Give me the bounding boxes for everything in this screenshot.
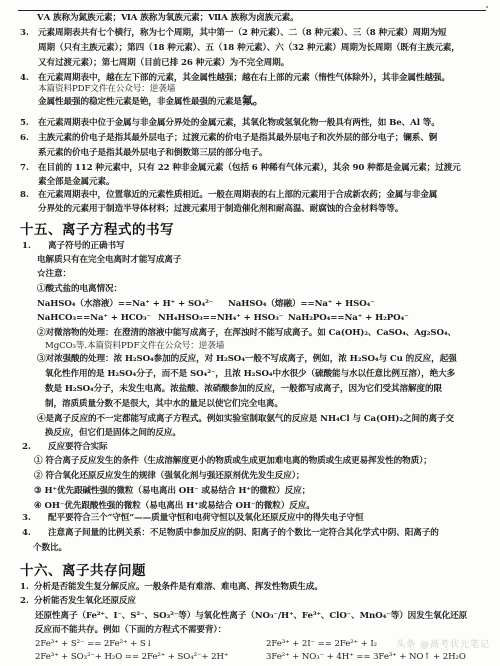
note-3: ③对浓强酸的处理：浓 H₂SO₄参加的反应，对 H₂SO₄一般不写成离子，例如，… (37, 353, 457, 365)
equation: NaH₂PO₄==Na⁺ + H₂PO₄⁻ (288, 312, 409, 324)
header-rule (18, 10, 486, 11)
list-item-5: 5.在元素周期表中位于金属与非金属分界处的金属元素，其氧化物或氢氧化物一般具有两… (20, 117, 440, 129)
paragraph: 电解质只有在完全电离时才能写成离子 (37, 254, 181, 266)
equation: 2Fe³⁺ + S²⁻ == 2Fe²⁺ + S↓ (35, 638, 153, 650)
equation: NaHSO₄（水溶液）==Na⁺ + H⁺ + SO₄²⁻ (37, 298, 213, 310)
list-item-6: 6.主族元素的价电子是指其最外层电子；过渡元素的价电子是指其最外层电子和次外层的… (20, 132, 437, 144)
subheading-text: 离子符号的正确书写 (48, 241, 124, 251)
item-number: 1. (20, 581, 34, 593)
item-number: 5. (20, 117, 38, 129)
note-4-cont: 换反应，但它们是固体之间的反应。 (45, 427, 181, 439)
item-text-cont: 周期（只有主族元素）；第四（18 种元素）、五（18 种元素）、六（32 种元素… (38, 42, 460, 54)
promo-text: 本篇资料PDF文件在公众号：逆袭墙 (38, 83, 175, 95)
note-3-cont: 氧化性作用的是 H₂SO₄分子，而不是 SO₄²⁻，且浓 H₂SO₄中水很少（硫… (45, 368, 455, 380)
section-heading-16: 十六、离子共存问题 (20, 559, 146, 579)
item-text-cont: 素全部是金属元素。 (38, 176, 114, 188)
paragraph: 反应而不能共存。例如（下面的方程式不需要背）： (35, 624, 226, 636)
note-1: ①酸式盐的电离情况： (37, 283, 122, 295)
equation: NH₄HSO₃==NH₄⁺ + HSO₃⁻ (158, 312, 283, 324)
emphasis-fluorine: 氟。 (242, 94, 264, 107)
note-3-cont: 制，溶质质量分数不是很大，其中水的量足以使它们完全电离。 (45, 398, 283, 410)
item-text: 主族元素的价电子是指其最外层电子；过渡元素的价电子是指其最外层电子和次外层的部分… (38, 133, 437, 143)
note-4: ④是离子反应的不一定都能写成离子方程式。例如实验室制取氨气的反应是 NH₄Cl … (37, 413, 454, 425)
subheading-3: 3.配平要符合三个“守恒”——质量守恒和电荷守恒以及氧化还原反应中的得失电子守恒 (22, 512, 363, 524)
equation: 2Fe³⁺ + 2I⁻ == 2Fe²⁺ + I₂ (266, 638, 377, 650)
item-number: 3. (20, 27, 38, 39)
equation: 2Fe³⁺ + SO₃²⁻+ H₂O == 2Fe²⁺ + SO₄²⁻+ 2H⁺ (35, 651, 228, 663)
item-number: 8. (20, 189, 38, 201)
subheading-1: 1.离子符号的正确书写 (22, 240, 124, 252)
item-number: 2. (22, 441, 48, 453)
equation: 3Fe²⁺ + NO₃⁻ + 4H⁺ == 3Fe³⁺ + NO↑ + 2H₂O (266, 651, 466, 663)
item-text-cont: 又有过渡元素）；第七周期（目前已排 26 种元素）为不完全周期。 (38, 57, 289, 69)
note-2: ②对微溶物的处理：在澄清的溶液中能写成离子，在浑浊时不能写成离子。如 Ca(OH… (37, 327, 456, 339)
item-text: 在元素周期表中，越在左下部的元素，其金属性越强；越在右上部的元素（惰性气体除外）… (38, 73, 450, 83)
item-text-cont: 分界处的元素用于制造半导体材料；过渡元素用于制造催化剂和耐高温、耐腐蚀的合金材料… (38, 203, 403, 215)
item-text: 元素周期表共有七个横行，称为七个周期，其中第一（2 种元素）、二（8 种元素）、… (38, 28, 446, 38)
subheading-4-cont: 个数比。 (33, 542, 67, 554)
list-item-8: 8.在元素周期表中，位置靠近的元素性质相近。一般在周期表的右上部的元素用于合成新… (20, 189, 437, 201)
item-text-cont: 系元素的价电子是指其最外层电子和倒数第三层的部分电子。 (38, 147, 267, 159)
item-number: 2. (20, 595, 34, 607)
paragraph: 还原性离子（Fe²⁺、I⁻、S²⁻、SO₃²⁻等）与氧化性离子（NO₃⁻/H⁺、… (35, 610, 467, 622)
rule-item-4: ④ OH⁻优先跟酸性强的微粒（易电离出 H⁺或易结合 OH⁻的微粒）反应。 (34, 500, 315, 512)
watermark: 头条 @高考状元笔记 (396, 637, 490, 650)
item-text: 在目前的 112 种元素中，只有 22 种非金属元素（包括 6 种稀有气体元素）… (38, 163, 461, 173)
note-2-cont: MgCO₃等.本篇资料PDF文件在公众号：逆袭墙 (45, 340, 224, 352)
item-number: 1. (22, 240, 48, 252)
equation: NaHSO₄（熔融）==Na⁺ + HSO₄⁻ (228, 298, 375, 310)
coexist-item-1: 1.分析是否能发生复分解反应。一般条件是有难溶、难电离、挥发性物质生成。 (20, 581, 323, 593)
item-text: 分析是否能发生复分解反应。一般条件是有难溶、难电离、挥发性物质生成。 (34, 582, 323, 592)
item-number: 3. (22, 512, 48, 524)
item-number: 4. (22, 527, 48, 539)
rule-item-3: ③ H⁺优先跟碱性强的微粒（易电离出 OH⁻ 或易结合 H⁺的微粒）反应； (34, 485, 310, 497)
scan-speck (486, 6, 488, 8)
item-text-cont: 金属性最强的稳定性元素是铯，非金属性最强的元素是氟。 (38, 95, 264, 108)
section-heading-15: 十五、离子方程式的书写 (20, 218, 174, 238)
list-item-3: 3.元素周期表共有七个横行，称为七个周期，其中第一（2 种元素）、二（8 种元素… (20, 27, 446, 39)
rule-item-1: ① 符合离子反应发生的条件（生成溶解度更小的物质或生成更加难电离的物质或生成更易… (34, 455, 432, 467)
list-item-7: 7.在目前的 112 种元素中，只有 22 种非金属元素（包括 6 种稀有气体元… (20, 162, 461, 174)
rule-item-2: ② 符合氧化还原反应发生的规律（强氧化剂与强还原剂优先发生反应）； (34, 470, 304, 482)
coexist-item-2: 2.分析能否发生氧化还原反应 (20, 595, 136, 607)
subheading-text: 反应要符合实际 (48, 442, 107, 452)
subheading-text: 配平要符合三个“守恒”——质量守恒和电荷守恒以及氧化还原反应中的得失电子守恒 (48, 513, 363, 523)
equation: NaHCO₃==Na⁺ + HCO₃⁻ (37, 312, 151, 324)
subheading-4: 4.注意离子间量的比例关系：不足物质中参加反应的阴、阳离子的个数比一定符合其化学… (22, 527, 439, 539)
item-number: 4. (20, 72, 38, 84)
subheading-2: 2.反应要符合实际 (22, 441, 107, 453)
note-label: ☆注意： (37, 268, 71, 280)
item-text: 在元素周期表中，位置靠近的元素性质相近。一般在周期表的右上部的元素用于合成新农药… (38, 190, 437, 200)
item-text: 分析能否发生氧化还原反应 (34, 596, 136, 606)
subheading-text: 注意离子间量的比例关系：不足物质中参加反应的阴、阳离子的个数比一定符合其化学式中… (48, 528, 439, 538)
item-number: 7. (20, 162, 38, 174)
item-number: 6. (20, 132, 38, 144)
item-text: 金属性最强的稳定性元素是铯，非金属性最强的元素是 (38, 97, 242, 107)
intro-line: ⅤA 族称为氮族元素；ⅥA 族称为氧族元素；ⅦA 族称为卤族元素。 (37, 12, 299, 24)
note-3-cont: 数是 H₂SO₄分子，未发生电离。浓盐酸、浓硝酸参加的反应，一般都写成离子，因为… (45, 383, 442, 395)
item-text: 在元素周期表中位于金属与非金属分界处的金属元素，其氧化物或氢氧化物一般具有两性，… (38, 118, 440, 128)
